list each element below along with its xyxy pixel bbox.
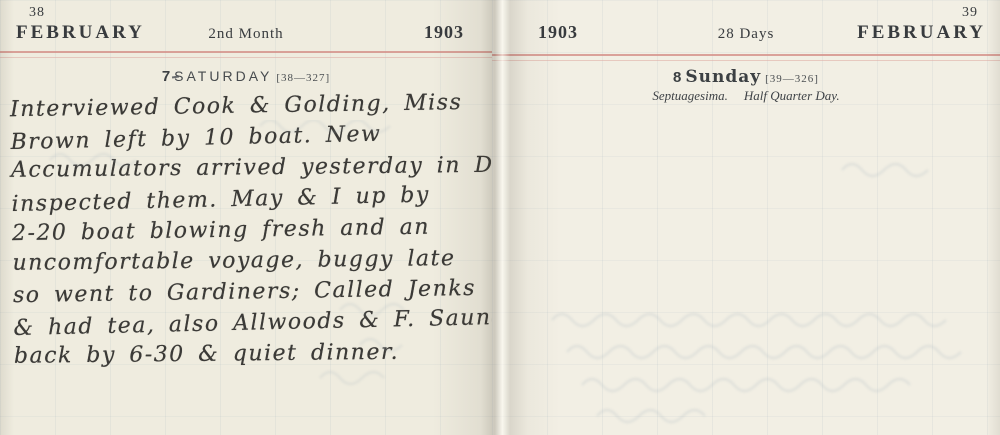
month-ordinal-note: 2nd Month [0,26,492,43]
month-title-right: FEBRUARY [857,22,986,44]
handwritten-line: back by 6-30 & quiet dinner. [14,335,547,372]
red-rule-right [492,54,1000,61]
feast-day-line: Septuagesima.Half Quarter Day. [492,88,1000,104]
handwritten-entry-left: Interviewed Cook & Golding, Miss Brown l… [10,86,547,373]
calendar-note: Half Quarter Day. [744,88,840,103]
day-name: SATURDAY [174,68,272,84]
day-of-year-index: [39—326] [765,73,819,85]
day-number: 7 [162,68,170,85]
page-number-right: 39 [962,5,978,21]
handwritten-line: uncomfortable voyage, buggy late [12,242,545,279]
diary-page-left: 38 FEBRUARY 2nd Month 1903 7 SATURDAY [3… [0,0,492,435]
day-heading-sunday: 8 Sunday [39—326] [492,67,1000,87]
paper-grid [492,0,1000,435]
red-rule-left [0,51,492,58]
diary-scan: 38 FEBRUARY 2nd Month 1903 7 SATURDAY [3… [0,0,1000,435]
feast-day-name: Septuagesima. [652,88,727,103]
day-number: 8 [673,69,681,86]
bleed-through-writing [522,140,992,430]
day-of-year-index: [38—327] [276,72,330,84]
diary-page-right: 1903 28 Days 39 FEBRUARY 8 Sunday [39—32… [492,0,1000,435]
day-heading-saturday: 7 SATURDAY [38—327] [0,68,492,86]
year-left: 1903 [424,22,464,43]
page-number-left: 38 [29,5,45,21]
day-name: Sunday [685,67,761,87]
